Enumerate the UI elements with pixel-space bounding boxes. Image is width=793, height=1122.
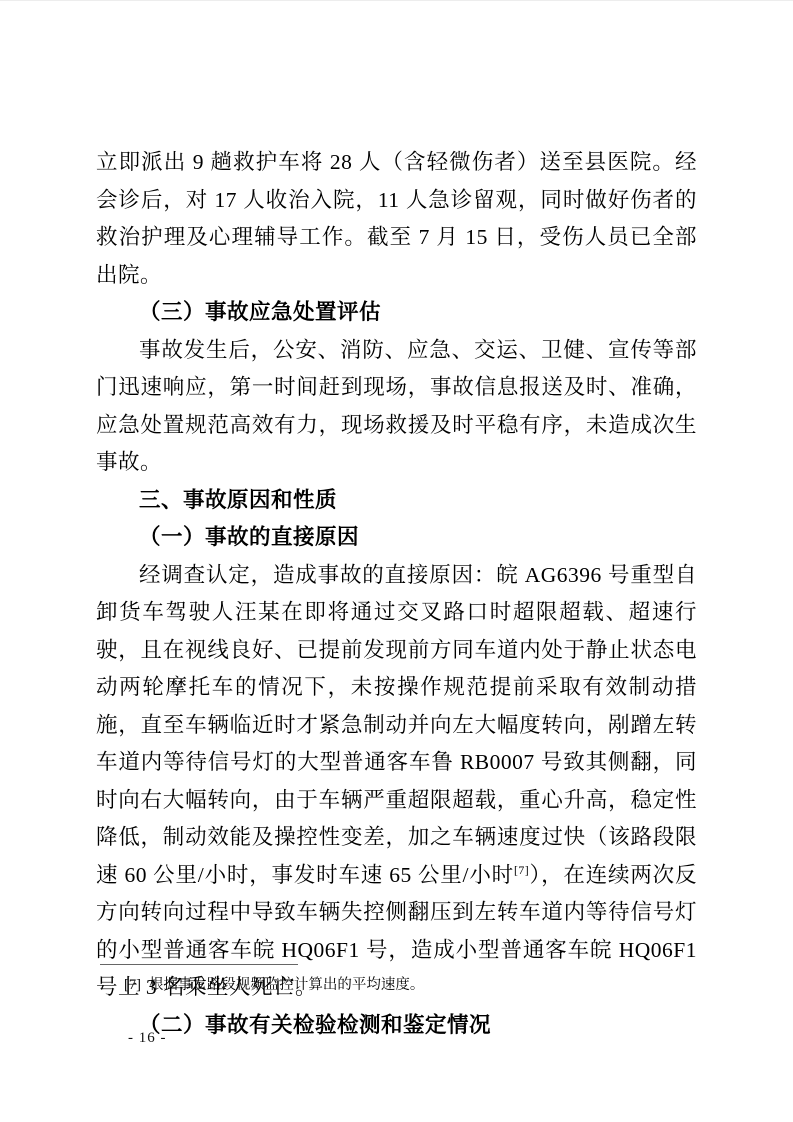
document-page: 立即派出 9 趟救护车将 28 人（含轻微伤者）送至县医院。经会诊后，对 17 … xyxy=(0,0,793,1122)
heading-level-2: （一）事故的直接原因 xyxy=(96,519,697,557)
footnote-separator xyxy=(100,964,298,965)
footnote: [7]根据事发路段视频监控计算出的平均速度。 xyxy=(96,975,696,997)
heading-level-1: 三、事故原因和性质 xyxy=(96,482,697,520)
document-body: 立即派出 9 趟救护车将 28 人（含轻微伤者）送至县医院。经会诊后，对 17 … xyxy=(96,144,697,1044)
page-number: - 16 - xyxy=(128,1030,167,1047)
footnote-text: 根据事发路段视频监控计算出的平均速度。 xyxy=(149,977,425,993)
footnote-marker: [7] xyxy=(124,977,141,993)
paragraph: 事故发生后，公安、消防、应急、交运、卫健、宣传等部门迅速响应，第一时间赶到现场，… xyxy=(96,332,697,482)
footnote-reference: [7] xyxy=(514,862,529,876)
paragraph: 经调查认定，造成事故的直接原因：皖 AG6396 号重型自卸货车驾驶人汪某在即将… xyxy=(96,557,697,1007)
paragraph: 立即派出 9 趟救护车将 28 人（含轻微伤者）送至县医院。经会诊后，对 17 … xyxy=(96,144,697,294)
heading-level-2: （三）事故应急处置评估 xyxy=(96,294,697,332)
heading-level-2: （二）事故有关检验检测和鉴定情况 xyxy=(96,1007,697,1045)
